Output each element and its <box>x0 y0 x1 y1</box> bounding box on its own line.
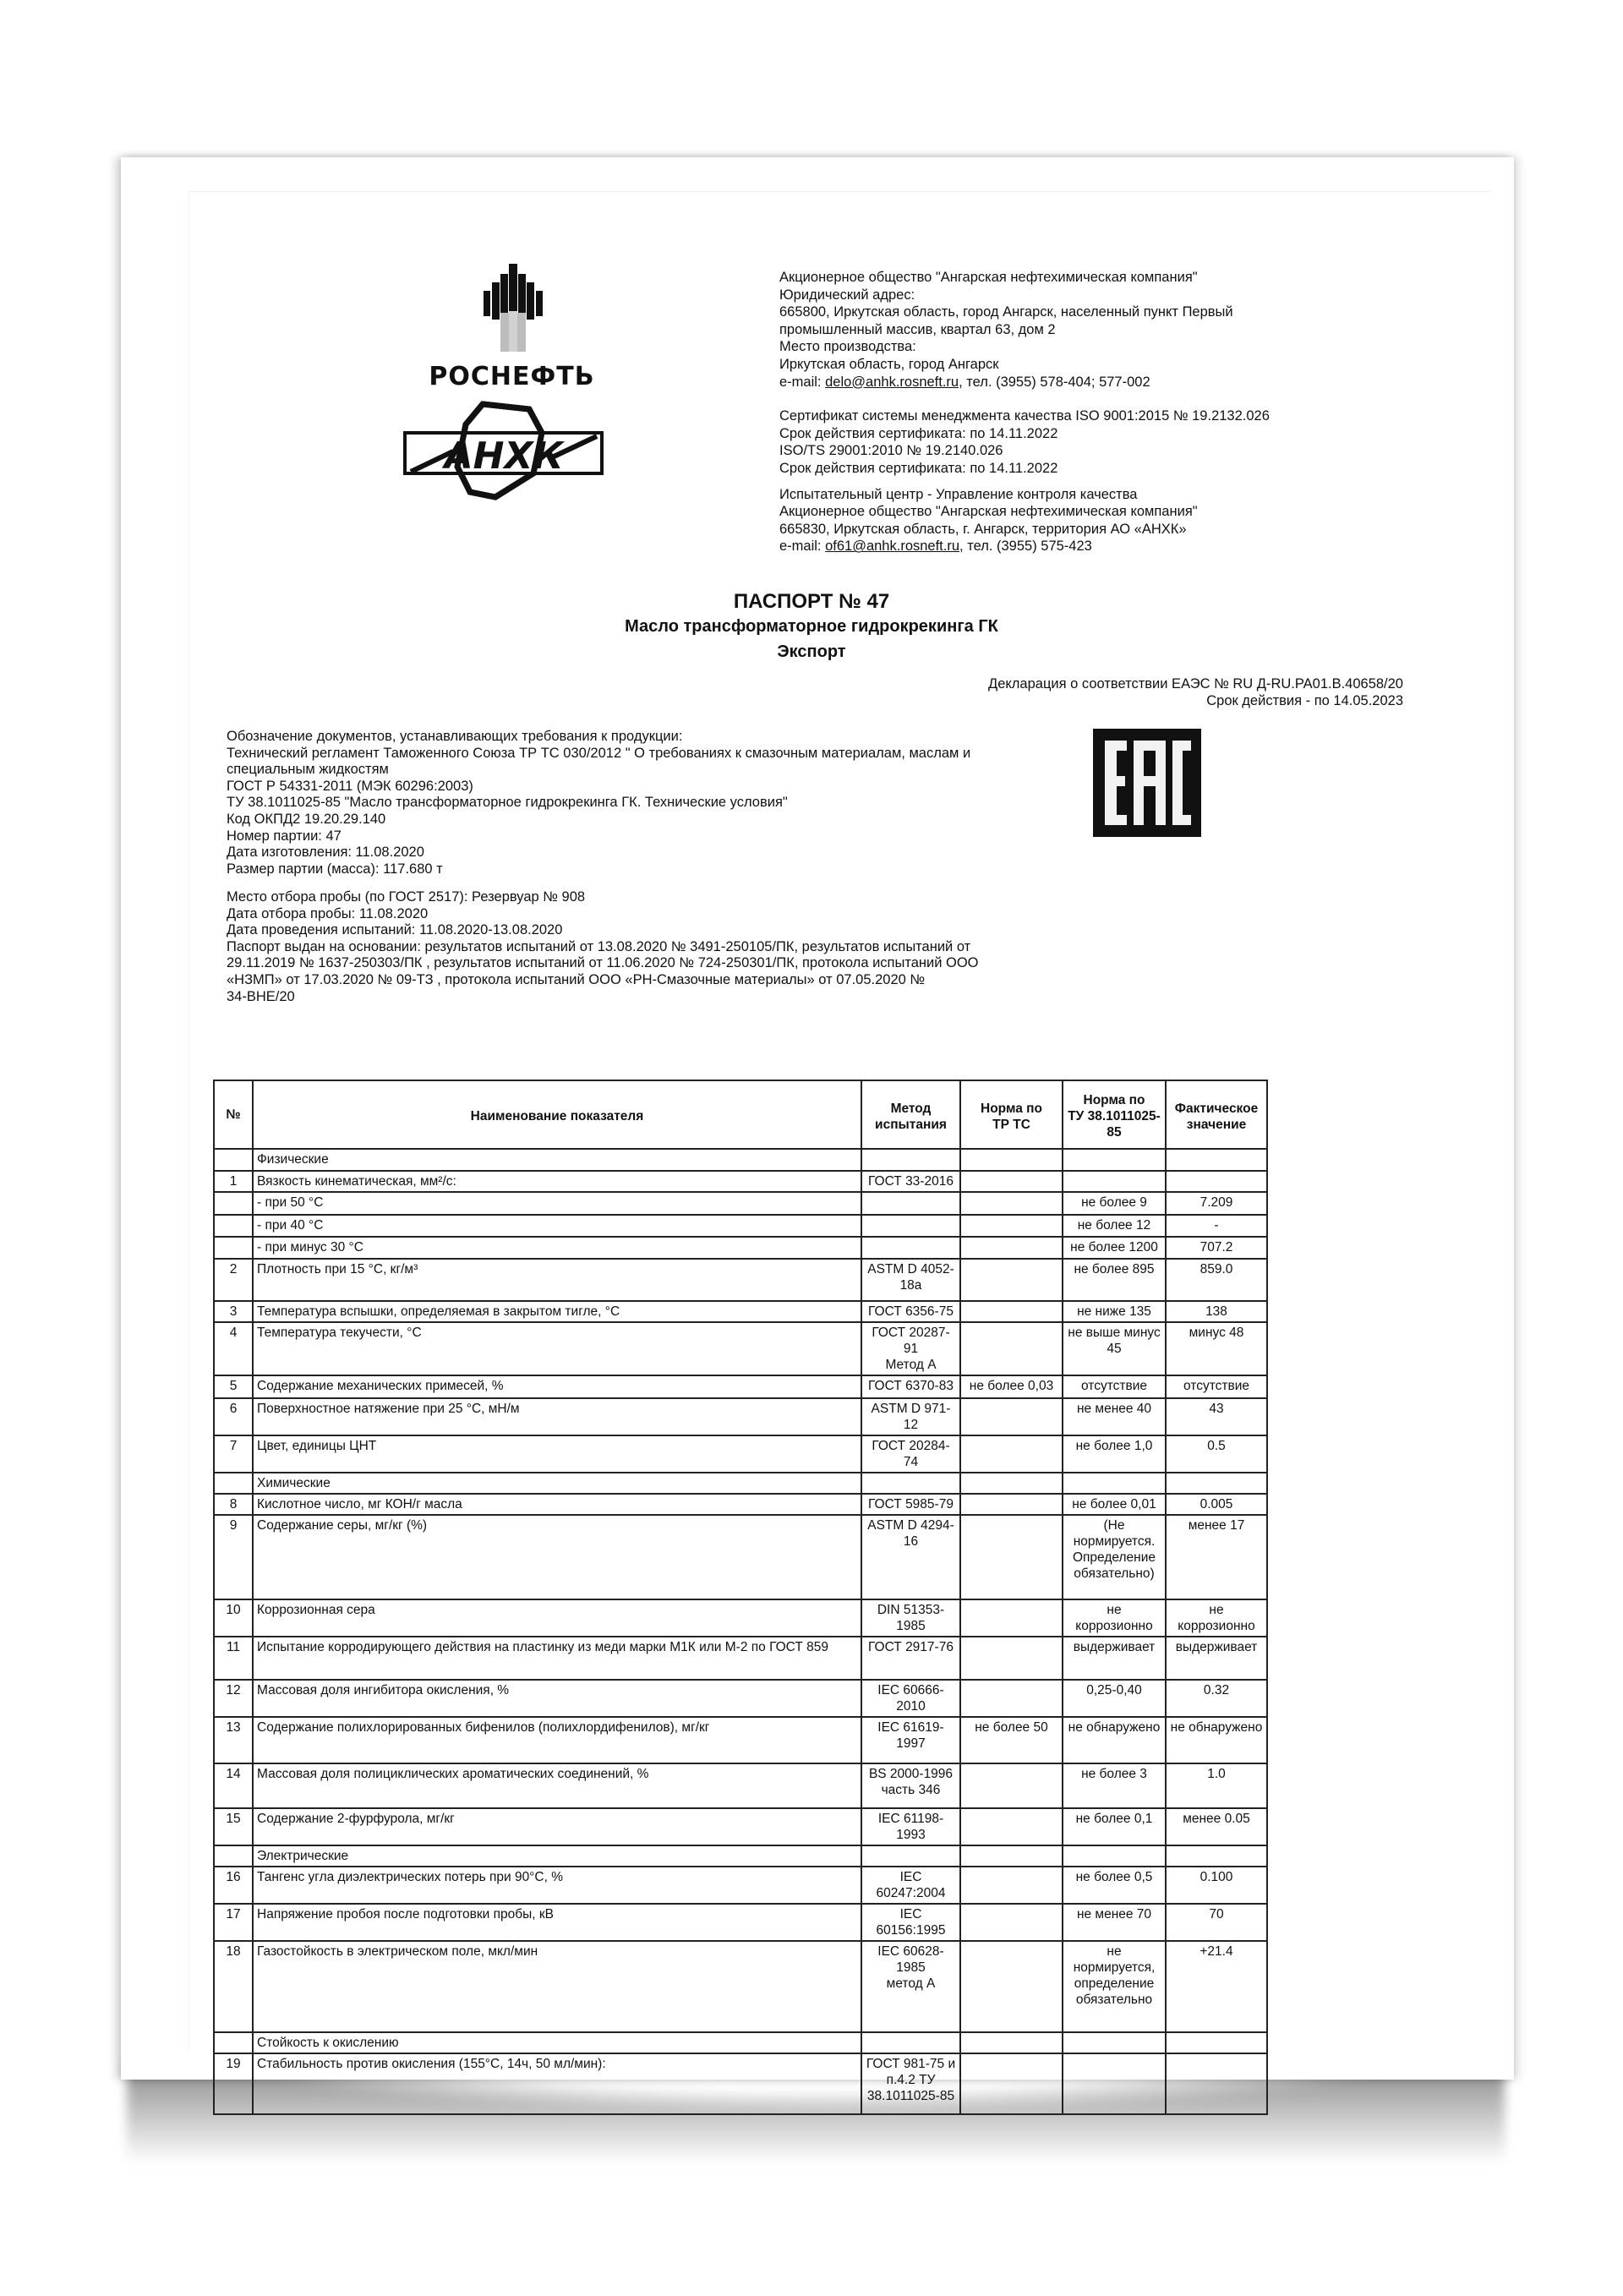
address-line: Акционерное общество "Ангарская нефтехим… <box>779 269 1270 287</box>
norm-trts <box>960 1322 1063 1375</box>
test-method <box>861 1215 960 1237</box>
indicator-name: Газостойкость в электрическом поле, мкл/… <box>253 1941 861 2032</box>
indicator-name: Коррозионная сера <box>253 1599 861 1637</box>
actual-value: 0.32 <box>1166 1680 1267 1717</box>
actual-value: 7.209 <box>1166 1192 1267 1215</box>
row-number: 11 <box>214 1637 253 1680</box>
norm-tu: не ниже 135 <box>1063 1301 1166 1322</box>
norm-trts <box>960 2053 1063 2114</box>
row-number: 10 <box>214 1599 253 1637</box>
address-line: Иркутская область, город Ангарск <box>779 356 1270 374</box>
row-number: 13 <box>214 1717 253 1763</box>
product-name: Масло трансформаторное гидрокрекинга ГК <box>507 617 1116 637</box>
anhk-logo-icon: АНХК <box>402 399 605 500</box>
norm-trts <box>960 1515 1063 1599</box>
table-row: 9Содержание серы, мг/кг (%)ASTM D 4294-1… <box>214 1515 1267 1599</box>
company-address-block: Акционерное общество "Ангарская нефтехим… <box>779 269 1270 555</box>
norm-tu: не более 0,01 <box>1063 1494 1166 1515</box>
actual-value: 0.5 <box>1166 1435 1267 1473</box>
table-row: - при 50 °Сне более 97.209 <box>214 1192 1267 1215</box>
section-title: Физические <box>253 1149 861 1171</box>
header-col-indicator: Наименование показателя <box>253 1080 861 1149</box>
test-method: ГОСТ 20287-91Метод А <box>861 1322 960 1375</box>
indicator-name: Температура текучести, °С <box>253 1322 861 1375</box>
table-row: 1Вязкость кинематическая, мм²/с:ГОСТ 33-… <box>214 1171 1267 1192</box>
actual-value: отсутствие <box>1166 1375 1267 1398</box>
table-row: 7Цвет, единицы ЦНТГОСТ 20284-74не более … <box>214 1435 1267 1473</box>
address-line: Юридический адрес: <box>779 287 1270 304</box>
certificate-line: Сертификат системы менеджмента качества … <box>779 407 1270 425</box>
indicator-name: Содержание 2-фурфурола, мг/кг <box>253 1808 861 1845</box>
norm-tu: не более 12 <box>1063 1215 1166 1237</box>
indicator-name: Содержание серы, мг/кг (%) <box>253 1515 861 1599</box>
table-header-row: №Наименование показателяМетодиспытанияНо… <box>214 1080 1267 1149</box>
test-method <box>861 1192 960 1215</box>
norm-tu: не более 895 <box>1063 1259 1166 1301</box>
norm-trts <box>960 1237 1063 1259</box>
declaration-validity: Срок действия - по 14.05.2023 <box>1206 693 1403 709</box>
actual-value: 0.100 <box>1166 1867 1267 1904</box>
table-row: 18Газостойкость в электрическом поле, мк… <box>214 1941 1267 2032</box>
actual-value: 707.2 <box>1166 1237 1267 1259</box>
empty-cell <box>1166 2032 1267 2053</box>
row-number: 2 <box>214 1259 253 1301</box>
document-line: Размер партии (масса): 117.680 т <box>227 861 1072 878</box>
address-line: промышленный массив, квартал 63, дом 2 <box>779 321 1270 339</box>
test-method <box>861 1237 960 1259</box>
norm-trts <box>960 1599 1063 1637</box>
empty-cell <box>214 1149 253 1171</box>
table-row: 4Температура текучести, °СГОСТ 20287-91М… <box>214 1322 1267 1375</box>
test-method: ГОСТ 20284-74 <box>861 1435 960 1473</box>
indicator-name: - при минус 30 °С <box>253 1237 861 1259</box>
section-title: Электрические <box>253 1845 861 1867</box>
certificate-line: ISO/TS 29001:2010 № 19.2140.026 <box>779 442 1270 460</box>
norm-tu: не более 1,0 <box>1063 1435 1166 1473</box>
test-method: ГОСТ 33-2016 <box>861 1171 960 1192</box>
actual-value: не обнаружено <box>1166 1717 1267 1763</box>
lab-lines: Испытательный центр - Управление контрол… <box>779 486 1270 538</box>
empty-cell <box>861 1845 960 1867</box>
table-row: 10Коррозионная сераDIN 51353-1985не корр… <box>214 1599 1267 1637</box>
norm-trts <box>960 1398 1063 1435</box>
indicator-name: Плотность при 15 °С, кг/м³ <box>253 1259 861 1301</box>
test-method: IEC 60628-1985метод А <box>861 1941 960 2032</box>
declaration-number: Декларация о соответствии ЕАЭС № RU Д-RU… <box>988 676 1403 692</box>
norm-tu: не более 3 <box>1063 1763 1166 1808</box>
empty-cell <box>861 2032 960 2053</box>
norm-tu: не обнаружено <box>1063 1717 1166 1763</box>
row-number <box>214 1237 253 1259</box>
sampling-line: 29.11.2019 № 1637-250303/ПК , результато… <box>227 955 1097 972</box>
row-number: 4 <box>214 1322 253 1375</box>
table-row: 15Содержание 2-фурфурола, мг/кгIEC 61198… <box>214 1808 1267 1845</box>
row-number: 8 <box>214 1494 253 1515</box>
row-number: 16 <box>214 1867 253 1904</box>
table-row: 11Испытание корродирующего действия на п… <box>214 1637 1267 1680</box>
norm-trts <box>960 1171 1063 1192</box>
test-method: IEC 60666-2010 <box>861 1680 960 1717</box>
document-line: Код ОКПД2 19.20.29.140 <box>227 812 1072 828</box>
norm-tu: не выше минус 45 <box>1063 1322 1166 1375</box>
actual-value: менее 17 <box>1166 1515 1267 1599</box>
test-method: DIN 51353-1985 <box>861 1599 960 1637</box>
norm-trts <box>960 1808 1063 1845</box>
sampling-line: 34-ВНЕ/20 <box>227 989 1097 1006</box>
indicator-name: Вязкость кинематическая, мм²/с: <box>253 1171 861 1192</box>
row-number: 19 <box>214 2053 253 2114</box>
norm-trts <box>960 1215 1063 1237</box>
indicator-name: Тангенс угла диэлектрических потерь при … <box>253 1867 861 1904</box>
header-col-number: № <box>214 1080 253 1149</box>
empty-cell <box>1063 1149 1166 1171</box>
indicator-name: Массовая доля полициклических ароматичес… <box>253 1763 861 1808</box>
section-row: Физические <box>214 1149 1267 1171</box>
section-row: Химические <box>214 1473 1267 1494</box>
row-number: 1 <box>214 1171 253 1192</box>
test-results-table: №Наименование показателяМетодиспытанияНо… <box>213 1080 1268 2115</box>
row-number: 3 <box>214 1301 253 1322</box>
table-row: 19Стабильность против окисления (155°С, … <box>214 2053 1267 2114</box>
row-number: 14 <box>214 1763 253 1808</box>
empty-cell <box>861 1473 960 1494</box>
norm-tu: не менее 70 <box>1063 1904 1166 1941</box>
norm-tu: не более 0,1 <box>1063 1808 1166 1845</box>
empty-cell <box>214 1845 253 1867</box>
norm-tu: не более 9 <box>1063 1192 1166 1215</box>
lab-line: Акционерное общество "Ангарская нефтехим… <box>779 503 1270 521</box>
actual-value <box>1166 2053 1267 2114</box>
empty-cell <box>214 2032 253 2053</box>
actual-value: 138 <box>1166 1301 1267 1322</box>
norm-tu: не коррозионно <box>1063 1599 1166 1637</box>
norm-tu: не менее 40 <box>1063 1398 1166 1435</box>
address-lines: Акционерное общество "Ангарская нефтехим… <box>779 269 1270 374</box>
indicator-name: Цвет, единицы ЦНТ <box>253 1435 861 1473</box>
section-title: Химические <box>253 1473 861 1494</box>
indicator-name: Содержание механических примесей, % <box>253 1375 861 1398</box>
empty-cell <box>960 2032 1063 2053</box>
indicator-name: Температура вспышки, определяемая в закр… <box>253 1301 861 1322</box>
norm-tu: не нормируется,определениеобязательно <box>1063 1941 1166 2032</box>
sampling-line: «НЗМП» от 17.03.2020 № 09-ТЗ , протокола… <box>227 972 1097 989</box>
norm-trts <box>960 1904 1063 1941</box>
document-line: Номер партии: 47 <box>227 828 1072 845</box>
lab-line: 665830, Иркутская область, г. Ангарск, т… <box>779 521 1270 538</box>
norm-tu: не более 0,5 <box>1063 1867 1166 1904</box>
row-number <box>214 1192 253 1215</box>
test-method: ASTM D 971-12 <box>861 1398 960 1435</box>
document-line: ТУ 38.1011025-85 "Масло трансформаторное… <box>227 795 1072 812</box>
norm-tu: (Не нормируется.Определениеобязательно) <box>1063 1515 1166 1599</box>
indicator-name: Кислотное число, мг КОН/г масла <box>253 1494 861 1515</box>
address-line: 665800, Иркутская область, город Ангарск… <box>779 303 1270 321</box>
row-number: 17 <box>214 1904 253 1941</box>
section-row: Электрические <box>214 1845 1267 1867</box>
sampling-line: Место отбора пробы (по ГОСТ 2517): Резер… <box>227 889 1097 906</box>
contact-line-2: e-mail: of61@anhk.rosneft.ru, тел. (3955… <box>779 538 1270 555</box>
email-link-of61[interactable]: of61@anhk.rosneft.ru <box>825 538 959 554</box>
actual-value: 43 <box>1166 1398 1267 1435</box>
address-line: Место производства: <box>779 338 1270 356</box>
indicator-name: - при 40 °С <box>253 1215 861 1237</box>
market-label: Экспорт <box>507 642 1116 662</box>
norm-tu: не более 1200 <box>1063 1237 1166 1259</box>
table-row: 17Напряжение пробоя после подготовки про… <box>214 1904 1267 1941</box>
table-row: 14Массовая доля полициклических ароматич… <box>214 1763 1267 1808</box>
indicator-name: Массовая доля ингибитора окисления, % <box>253 1680 861 1717</box>
test-method: ГОСТ 2917-76 <box>861 1637 960 1680</box>
row-number: 12 <box>214 1680 253 1717</box>
row-number: 15 <box>214 1808 253 1845</box>
actual-value: 859.0 <box>1166 1259 1267 1301</box>
email-link-delo[interactable]: delo@anhk.rosneft.ru <box>825 374 959 390</box>
norm-trts <box>960 1763 1063 1808</box>
empty-cell <box>960 1473 1063 1494</box>
test-method: ГОСТ 5985-79 <box>861 1494 960 1515</box>
lab-line: Испытательный центр - Управление контрол… <box>779 486 1270 504</box>
table-row: 5Содержание механических примесей, %ГОСТ… <box>214 1375 1267 1398</box>
norm-trts <box>960 1301 1063 1322</box>
sampling-line: Паспорт выдан на основании: результатов … <box>227 939 1097 956</box>
document-line: Обозначение документов, устанавливающих … <box>227 729 1072 746</box>
rosneft-emblem-icon <box>480 264 548 357</box>
norm-tu <box>1063 2053 1166 2114</box>
norm-trts <box>960 1941 1063 2032</box>
test-method: IEC 60156:1995 <box>861 1904 960 1941</box>
test-method: IEC 61198-1993 <box>861 1808 960 1845</box>
test-method: ГОСТ 981-75 ип.4.2 ТУ38.1011025-85 <box>861 2053 960 2114</box>
table-row: 12Массовая доля ингибитора окисления, %I… <box>214 1680 1267 1717</box>
norm-trts <box>960 1192 1063 1215</box>
passport-title: ПАСПОРТ № 47 <box>507 590 1116 614</box>
test-method: ГОСТ 6356-75 <box>861 1301 960 1322</box>
test-method: ГОСТ 6370-83 <box>861 1375 960 1398</box>
header-col-actual: Фактическоезначение <box>1166 1080 1267 1149</box>
actual-value: минус 48 <box>1166 1322 1267 1375</box>
norm-trts <box>960 1637 1063 1680</box>
norm-trts <box>960 1680 1063 1717</box>
document-line: Дата изготовления: 11.08.2020 <box>227 845 1072 861</box>
indicator-name: Поверхностное натяжение при 25 °С, мН/м <box>253 1398 861 1435</box>
section-title: Стойкость к окислению <box>253 2032 861 2053</box>
sampling-line: Дата проведения испытаний: 11.08.2020-13… <box>227 922 1097 939</box>
row-number: 5 <box>214 1375 253 1398</box>
empty-cell <box>861 1149 960 1171</box>
actual-value: выдерживает <box>1166 1637 1267 1680</box>
row-number: 7 <box>214 1435 253 1473</box>
indicator-name: - при 50 °С <box>253 1192 861 1215</box>
actual-value: - <box>1166 1215 1267 1237</box>
empty-cell <box>1063 1473 1166 1494</box>
actual-value: не коррозионно <box>1166 1599 1267 1637</box>
norm-trts <box>960 1494 1063 1515</box>
empty-cell <box>1063 2032 1166 2053</box>
regulatory-documents: Обозначение документов, устанавливающих … <box>227 729 1072 877</box>
table-row: 2Плотность при 15 °С, кг/м³ASTM D 4052-1… <box>214 1259 1267 1301</box>
test-method: ASTM D 4294-16 <box>861 1515 960 1599</box>
sampling-line: Дата отбора пробы: 11.08.2020 <box>227 906 1097 923</box>
actual-value: +21.4 <box>1166 1941 1267 2032</box>
norm-trts <box>960 1867 1063 1904</box>
rosneft-logo-text: РОСНЕФТЬ <box>404 362 620 391</box>
table-row: 16Тангенс угла диэлектрических потерь пр… <box>214 1867 1267 1904</box>
header-col-method: Методиспытания <box>861 1080 960 1149</box>
document-line: Технический регламент Таможенного Союза … <box>227 746 1072 763</box>
norm-trts: не более 0,03 <box>960 1375 1063 1398</box>
actual-value: 0.005 <box>1166 1494 1267 1515</box>
norm-tu: 0,25-0,40 <box>1063 1680 1166 1717</box>
empty-cell <box>1166 1149 1267 1171</box>
test-method: IEC 61619-1997 <box>861 1717 960 1763</box>
test-method: IEC 60247:2004 <box>861 1867 960 1904</box>
table-row: 13Содержание полихлорированных бифенилов… <box>214 1717 1267 1763</box>
header-col-norm-trts: Норма поТР ТС <box>960 1080 1063 1149</box>
table-row: - при минус 30 °Сне более 1200707.2 <box>214 1237 1267 1259</box>
certificate-line: Срок действия сертификата: по 14.11.2022 <box>779 425 1270 443</box>
actual-value: 70 <box>1166 1904 1267 1941</box>
table-row: 3Температура вспышки, определяемая в зак… <box>214 1301 1267 1322</box>
row-number: 6 <box>214 1398 253 1435</box>
norm-tu <box>1063 1171 1166 1192</box>
indicator-name: Стабильность против окисления (155°С, 14… <box>253 2053 861 2114</box>
norm-trts <box>960 1259 1063 1301</box>
svg-text:АНХК: АНХК <box>442 435 566 478</box>
header-col-norm-tu: Норма поТУ 38.1011025-85 <box>1063 1080 1166 1149</box>
indicator-name: Содержание полихлорированных бифенилов (… <box>253 1717 861 1763</box>
test-method: BS 2000-1996часть 346 <box>861 1763 960 1808</box>
row-number: 18 <box>214 1941 253 2032</box>
sampling-info: Место отбора пробы (по ГОСТ 2517): Резер… <box>227 889 1097 1005</box>
contact-line-1: e-mail: delo@anhk.rosneft.ru, тел. (3955… <box>779 374 1270 391</box>
document-line: ГОСТ Р 54331-2011 (МЭК 60296:2003) <box>227 779 1072 795</box>
empty-cell <box>1166 1845 1267 1867</box>
norm-tu: отсутствие <box>1063 1375 1166 1398</box>
table-row: 6Поверхностное натяжение при 25 °С, мН/м… <box>214 1398 1267 1435</box>
test-method: ASTM D 4052-18a <box>861 1259 960 1301</box>
table-row: 8Кислотное число, мг КОН/г маслаГОСТ 598… <box>214 1494 1267 1515</box>
row-number: 9 <box>214 1515 253 1599</box>
table-row: - при 40 °Сне более 12- <box>214 1215 1267 1237</box>
empty-cell <box>1166 1473 1267 1494</box>
row-number <box>214 1215 253 1237</box>
empty-cell <box>960 1149 1063 1171</box>
certificate-lines: Сертификат системы менеджмента качества … <box>779 407 1270 477</box>
empty-cell <box>960 1845 1063 1867</box>
norm-tu: выдерживает <box>1063 1637 1166 1680</box>
actual-value: 1.0 <box>1166 1763 1267 1808</box>
eac-mark-icon <box>1093 729 1201 837</box>
indicator-name: Напряжение пробоя после подготовки пробы… <box>253 1904 861 1941</box>
norm-trts: не более 50 <box>960 1717 1063 1763</box>
indicator-name: Испытание корродирующего действия на пла… <box>253 1637 861 1680</box>
section-row: Стойкость к окислению <box>214 2032 1267 2053</box>
certificate-line: Срок действия сертификата: по 14.11.2022 <box>779 460 1270 478</box>
empty-cell <box>1063 1845 1166 1867</box>
norm-trts <box>960 1435 1063 1473</box>
empty-cell <box>214 1473 253 1494</box>
document-line: специальным жидкостям <box>227 762 1072 779</box>
actual-value <box>1166 1171 1267 1192</box>
actual-value: менее 0.05 <box>1166 1808 1267 1845</box>
